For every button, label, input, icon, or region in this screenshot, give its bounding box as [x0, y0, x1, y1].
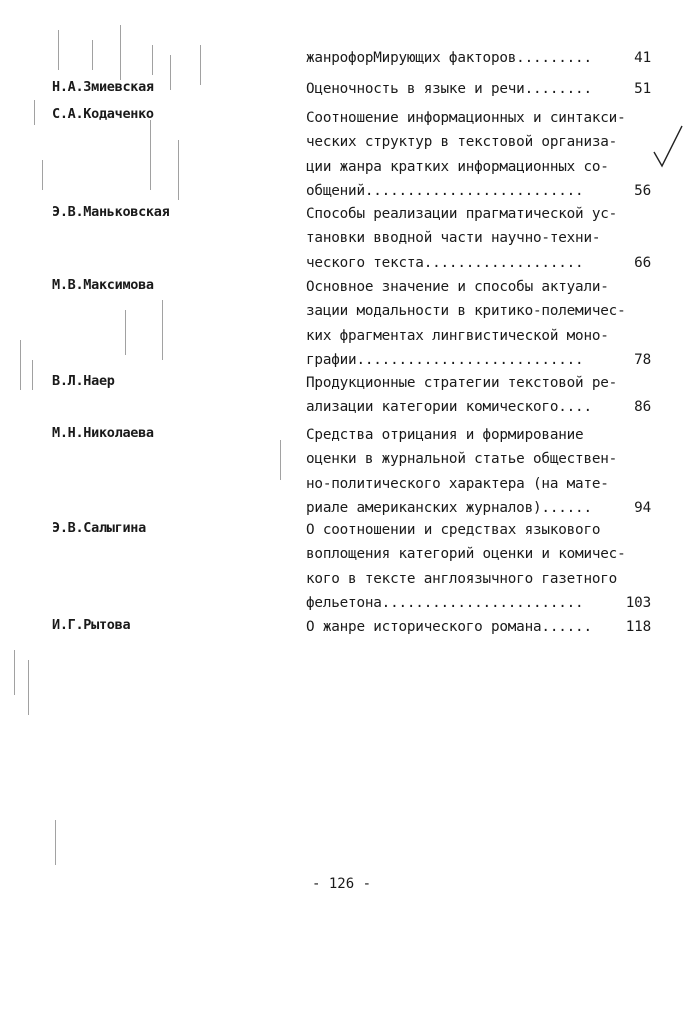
checkmark-icon	[650, 122, 686, 170]
entry-title: Оценочность в языке и речи........51	[306, 77, 651, 101]
title-line: риале американских журналов)......	[306, 500, 592, 516]
title-line: но-политического характера (на мате-	[306, 472, 651, 496]
title-line: Способы реализации прагматической ус-	[306, 202, 651, 226]
entry-title: О жанре исторического романа......118	[306, 615, 651, 639]
title-line: ализации категории комического....	[306, 399, 592, 415]
title-line: зации модальности в критико-полемичес-	[306, 299, 651, 323]
entry-title: жанрофорМирующих факторов.........41	[306, 46, 651, 70]
entry-page-number: 66	[634, 251, 651, 275]
entry-page-number: 78	[634, 348, 651, 372]
title-line: Основное значение и способы актуали-	[306, 275, 651, 299]
title-line: ческих структур в текстовой организа-	[306, 130, 651, 154]
entry-author: Э.В.Маньковская	[52, 204, 169, 220]
entry-title: Основное значение и способы актуали- зац…	[306, 275, 651, 372]
entry-author: И.Г.Рытова	[52, 617, 130, 633]
entry-author: Э.В.Салыгина	[52, 520, 146, 536]
entry-page-number: 56	[634, 179, 651, 203]
title-line: Соотношение информационных и синтакси-	[306, 106, 651, 130]
title-line: воплощения категорий оценки и комичес-	[306, 542, 651, 566]
title-line: жанрофорМирующих факторов.........	[306, 50, 592, 66]
title-line: ких фрагментах лингвистической моно-	[306, 324, 651, 348]
entry-page-number: 118	[626, 615, 651, 639]
entry-author: С.А.Кодаченко	[52, 106, 154, 122]
entry-page-number: 94	[634, 496, 651, 520]
title-line: кого в тексте англоязычного газетного	[306, 567, 651, 591]
entry-page-number: 86	[634, 395, 651, 419]
entry-title: Способы реализации прагматической ус- та…	[306, 202, 651, 275]
entry-page-number: 41	[634, 46, 651, 70]
page-number-footer: - 126 -	[312, 876, 371, 892]
title-line: общений..........................	[306, 183, 583, 199]
entry-author: М.В.Максимова	[52, 277, 154, 293]
entry-title: О соотношении и средствах языкового вопл…	[306, 518, 651, 615]
title-line: фельетона........................	[306, 595, 583, 611]
entry-author: Н.А.Змиевская	[52, 79, 154, 95]
title-line: тановки вводной части научно-техни-	[306, 226, 651, 250]
title-line: оценки в журнальной статье обществен-	[306, 447, 651, 471]
title-line: ции жанра кратких информационных со-	[306, 155, 651, 179]
entry-title: Соотношение информационных и синтакси- ч…	[306, 106, 651, 203]
document-page: жанрофорМирующих факторов.........41 Н.А…	[0, 0, 688, 1017]
title-line: Средства отрицания и формирование	[306, 423, 651, 447]
title-line: Продукционные стратегии текстовой ре-	[306, 371, 651, 395]
entry-author: В.Л.Наер	[52, 373, 115, 389]
entry-title: Продукционные стратегии текстовой ре- ал…	[306, 371, 651, 420]
entry-page-number: 103	[626, 591, 651, 615]
title-line: ческого текста...................	[306, 255, 583, 271]
title-line: О соотношении и средствах языкового	[306, 518, 651, 542]
title-line: О жанре исторического романа......	[306, 619, 592, 635]
title-line: графии...........................	[306, 352, 583, 368]
entry-page-number: 51	[634, 77, 651, 101]
entry-author: М.Н.Николаева	[52, 425, 154, 441]
title-line: Оценочность в языке и речи........	[306, 81, 592, 97]
entry-title: Средства отрицания и формирование оценки…	[306, 423, 651, 520]
